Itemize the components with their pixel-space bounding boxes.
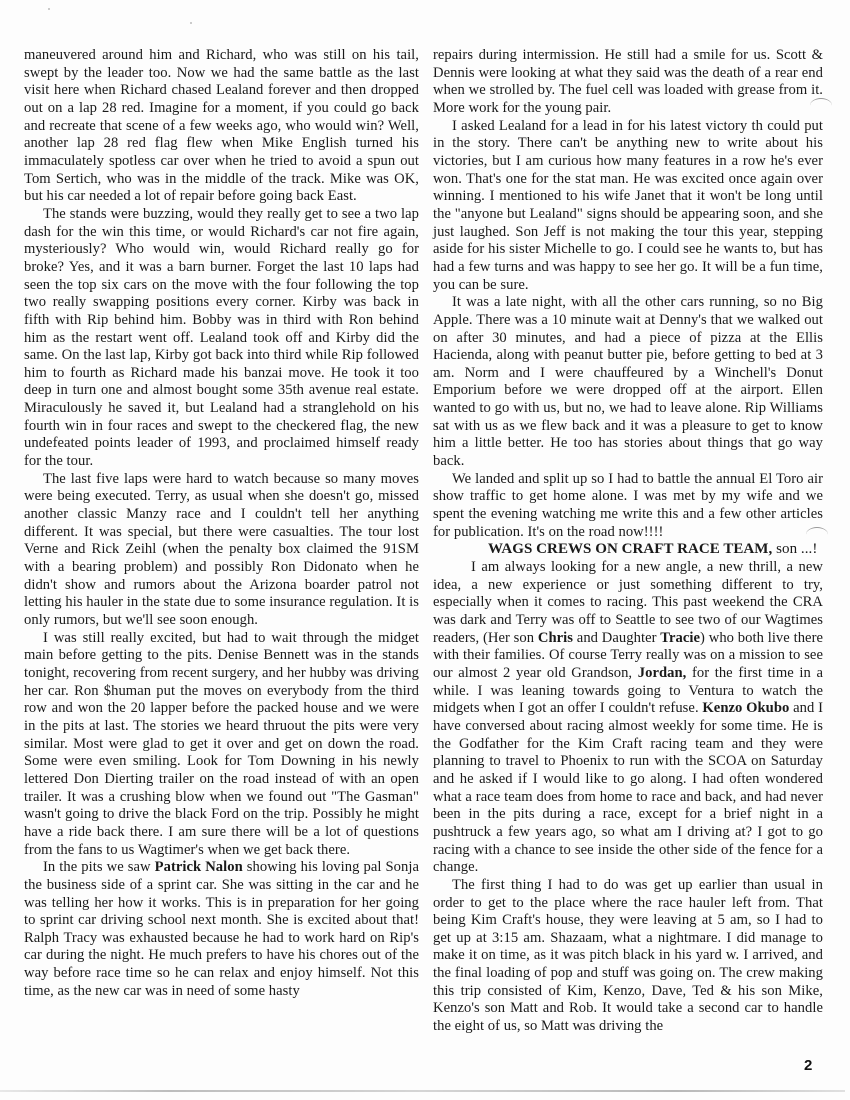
bold-name: Patrick Nalon [155,859,243,875]
text-run: showing his loving pal Sonja the busines… [24,859,419,999]
paragraph: We landed and split up so I had to battl… [433,471,823,542]
paragraph: The first thing I had to do was get up e… [433,877,823,1036]
heading-tail: son ...! [772,541,817,557]
scan-speck [190,22,192,24]
text-run: In the pits we saw [43,859,155,875]
paragraph: In the pits we saw Patrick Nalon showing… [24,859,419,1000]
paragraph: The last five laps were hard to watch be… [24,471,419,630]
paragraph: I am always looking for a new angle, a n… [433,559,823,877]
heading-bold: WAGS CREWS ON CRAFT RACE TEAM, [488,541,772,557]
paragraph: The stands were buzzing, would they real… [24,206,419,471]
bottom-rule [0,1090,845,1092]
left-column: maneuvered around him and Richard, who w… [24,47,419,1000]
bold-name: Kenzo Okubo [702,700,789,716]
section-heading: WAGS CREWS ON CRAFT RACE TEAM, son ...! [433,541,823,559]
paragraph: maneuvered around him and Richard, who w… [24,47,419,206]
scan-artifact-mark [810,98,832,113]
page-number: 2 [804,1057,812,1074]
scan-artifact-mark [806,527,828,542]
text-run: and I have conversed about racing almost… [433,700,823,875]
paragraph: repairs during intermission. He still ha… [433,47,823,118]
bold-name: Jordan, [638,665,687,681]
paragraph: It was a late night, with all the other … [433,294,823,471]
paragraph: I asked Lealand for a lead in for his la… [433,118,823,295]
document-page: maneuvered around him and Richard, who w… [0,0,850,1100]
right-column: repairs during intermission. He still ha… [433,47,823,1036]
paragraph: I was still really excited, but had to w… [24,630,419,860]
bold-name: Chris [538,630,573,646]
text-run: and Daughter [573,630,660,646]
bold-name: Tracie [660,630,700,646]
scan-speck [48,8,50,10]
